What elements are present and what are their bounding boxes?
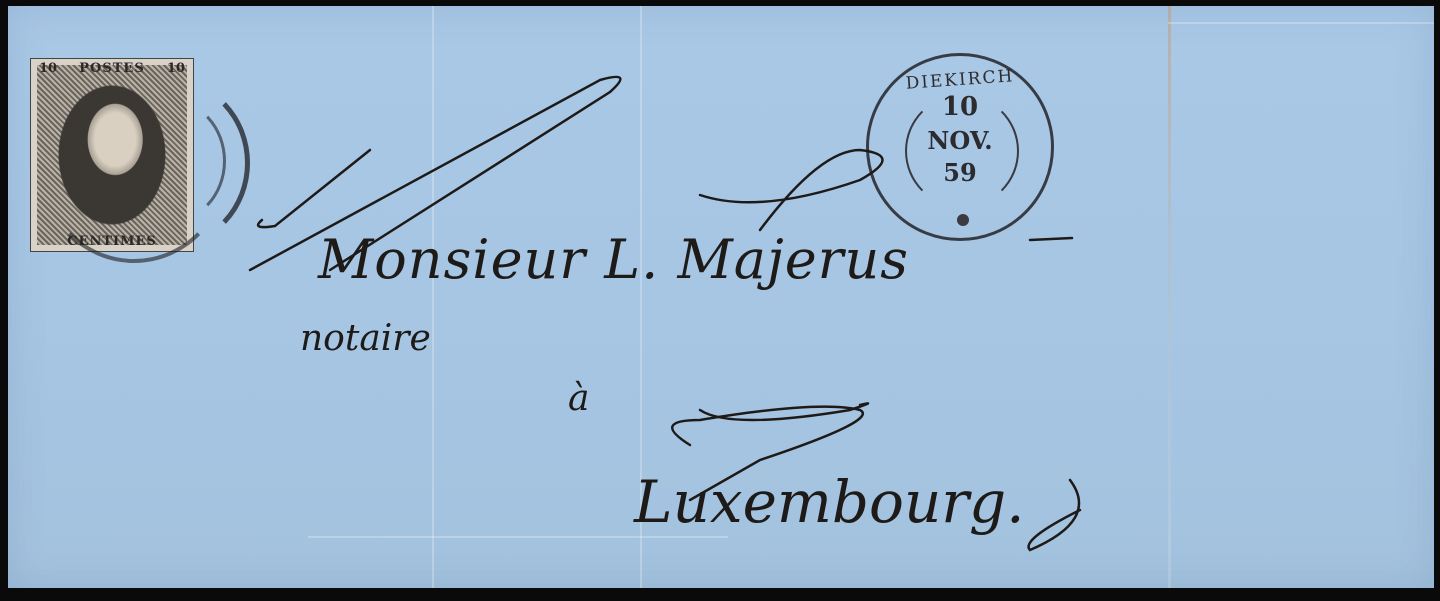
stamp-value-left: 10 [39,61,57,76]
address-line-title: notaire [300,318,431,359]
fold-line [432,6,434,588]
address-line-preposition: à [568,378,589,419]
cancel-ring [40,70,228,263]
stamp-value-right: 10 [167,61,185,76]
address-line-recipient: Monsieur L. Majerus [318,228,909,291]
postmark-day: 10 [869,92,1051,122]
fold-line-stained [1168,6,1171,588]
postmark-star [957,214,969,226]
postmark: DIEKIRCH 10 NOV. 59 [866,53,1054,241]
postmark-year: 59 [869,158,1051,187]
fold-line [1168,22,1434,24]
postmark-month: NOV. [869,126,1051,155]
fold-line [308,536,728,538]
address-line-city: Luxembourg. [634,468,1025,536]
